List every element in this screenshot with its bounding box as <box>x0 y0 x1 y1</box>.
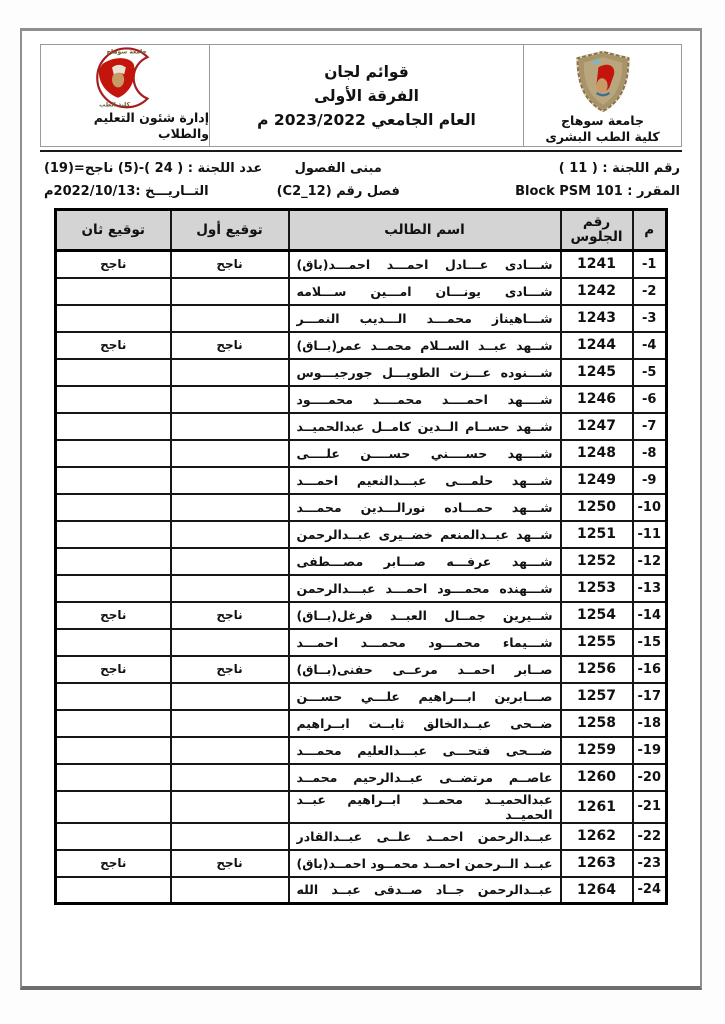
cell-name: شــــهد احمــــد محمــــد محمــــود <box>289 386 561 413</box>
document-title: قوائم لجان <box>324 60 409 84</box>
table-row: -61246شــــهد احمــــد محمــــد محمــــو… <box>56 386 667 413</box>
cell-sig1: ناجح <box>171 332 289 359</box>
cell-sig2 <box>56 278 171 305</box>
cell-no: -6 <box>633 386 667 413</box>
room-number: فصل رقم (C2_12) <box>262 180 414 203</box>
cell-seat: 1244 <box>561 332 633 359</box>
cell-sig1 <box>171 278 289 305</box>
cell-no: -21 <box>633 791 667 823</box>
administration-header-cell: جامعة سوهاج كلية الطب إدارة شئون التعليم… <box>41 45 209 146</box>
university-header-cell: جامعة سوهاج كلية الطب البشرى <box>523 45 681 146</box>
cell-seat: 1246 <box>561 386 633 413</box>
cell-sig2 <box>56 494 171 521</box>
cell-seat: 1253 <box>561 575 633 602</box>
cell-no: -9 <box>633 467 667 494</box>
cell-no: -14 <box>633 602 667 629</box>
cell-seat: 1247 <box>561 413 633 440</box>
academic-year-title: العام الجامعي 2023/2022 م <box>257 108 476 132</box>
cell-sig1 <box>171 440 289 467</box>
cell-seat: 1262 <box>561 823 633 850</box>
cell-no: -11 <box>633 521 667 548</box>
cell-sig1 <box>171 764 289 791</box>
cell-sig1 <box>171 359 289 386</box>
header-seat-number: رقم الجلوس <box>561 210 633 251</box>
building-name: مبنى الفصول <box>262 157 414 180</box>
cell-sig1 <box>171 305 289 332</box>
cell-sig1: ناجح <box>171 251 289 278</box>
cell-seat: 1252 <box>561 548 633 575</box>
cell-name: شــــهد حســــني حســــن علــــى <box>289 440 561 467</box>
cell-sig2: ناجح <box>56 332 171 359</box>
cell-name: ضــحى عبــدالخالق ثابــت ابــراهيم <box>289 710 561 737</box>
cell-name: شــهد عبــدالمنعم خضــيرى عبــدالرحمن <box>289 521 561 548</box>
grade-title: الفرقة الأولى <box>314 84 419 108</box>
cell-seat: 1249 <box>561 467 633 494</box>
cell-no: -1 <box>633 251 667 278</box>
university-name: جامعة سوهاج <box>561 113 644 129</box>
crescent-logo: جامعة سوهاج كلية الطب <box>67 45 183 109</box>
cell-seat: 1242 <box>561 278 633 305</box>
cell-seat: 1257 <box>561 683 633 710</box>
cell-sig1: ناجح <box>171 850 289 877</box>
cell-no: -12 <box>633 548 667 575</box>
table-row: -161256صــابر احمــد مرعــى حفنى(بــاق)ن… <box>56 656 667 683</box>
cell-name: ضـــحى فتحـــى عبـــدالعليم محمـــد <box>289 737 561 764</box>
cell-sig1 <box>171 710 289 737</box>
cell-no: -23 <box>633 850 667 877</box>
committee-count: عدد اللجنة : ( 24 )-(5) ناجح=(19) <box>44 157 262 180</box>
cell-seat: 1254 <box>561 602 633 629</box>
table-row: -71247شــهد حســام الــدين كامــل عبدالح… <box>56 413 667 440</box>
cell-seat: 1241 <box>561 251 633 278</box>
header-first-signature: توقيع أول <box>171 210 289 251</box>
cell-sig2 <box>56 413 171 440</box>
cell-sig1 <box>171 575 289 602</box>
cell-sig1 <box>171 877 289 904</box>
cell-sig1 <box>171 791 289 823</box>
cell-sig1: ناجح <box>171 602 289 629</box>
cell-sig1 <box>171 737 289 764</box>
faculty-name: كلية الطب البشرى <box>545 129 659 145</box>
cell-sig2 <box>56 359 171 386</box>
cell-no: -3 <box>633 305 667 332</box>
table-row: -51245شـــنوده عـــزت الطويـــل جورجيـــ… <box>56 359 667 386</box>
cell-seat: 1250 <box>561 494 633 521</box>
table-row: -241264عبــدالرحمن جــاد صــدقى عبــد ال… <box>56 877 667 904</box>
cell-seat: 1258 <box>561 710 633 737</box>
table-row: -151255شـــيماء محمـــود محمـــد احمـــد <box>56 629 667 656</box>
cell-seat: 1264 <box>561 877 633 904</box>
cell-no: -16 <box>633 656 667 683</box>
cell-no: -8 <box>633 440 667 467</box>
exam-date: التــاريـــخ :2022/10/13م <box>44 180 262 203</box>
cell-name: شـــادى عـــادل احمـــد احمـــد(باق) <box>289 251 561 278</box>
cell-seat: 1259 <box>561 737 633 764</box>
table-row: -81248شــــهد حســــني حســــن علــــى <box>56 440 667 467</box>
cell-sig2: ناجح <box>56 251 171 278</box>
cell-no: -10 <box>633 494 667 521</box>
cell-no: -2 <box>633 278 667 305</box>
table-row: -231263عبــد الــرحمن احمــد محمــود احم… <box>56 850 667 877</box>
table-row: -141254شــيرين جمــال العبــد فرغل(بــاق… <box>56 602 667 629</box>
cell-sig2: ناجح <box>56 850 171 877</box>
table-row: -91249شـــهد حلمـــى عبـــدالنعيم احمـــ… <box>56 467 667 494</box>
cell-sig2 <box>56 575 171 602</box>
cell-sig1 <box>171 683 289 710</box>
cell-sig1 <box>171 467 289 494</box>
table-row: -41244شــهد عبــد الســلام محمــد عمر(بـ… <box>56 332 667 359</box>
cell-sig2 <box>56 629 171 656</box>
cell-name: شـــهد حمـــاده نورالـــدين محمـــد <box>289 494 561 521</box>
cell-name: شــهد عبــد الســلام محمــد عمر(بــاق) <box>289 332 561 359</box>
student-roster-table: م رقم الجلوس اسم الطالب توقيع أول توقيع … <box>54 208 668 905</box>
cell-sig2 <box>56 764 171 791</box>
cell-sig2 <box>56 521 171 548</box>
administration-caption: إدارة شئون التعليم والطلاب <box>41 110 209 142</box>
committee-number: رقم اللجنة : ( 11 ) <box>414 157 680 180</box>
cell-no: -17 <box>633 683 667 710</box>
cell-sig1 <box>171 386 289 413</box>
cell-sig1 <box>171 494 289 521</box>
committee-info-strip: رقم اللجنة : ( 11 ) المقرر : Block PSM 1… <box>40 157 682 203</box>
course-code: المقرر : Block PSM 101 <box>414 180 680 203</box>
cell-sig2: ناجح <box>56 656 171 683</box>
roster-body: -11241شـــادى عـــادل احمـــد احمـــد(با… <box>56 251 667 904</box>
cell-name: شـــيماء محمـــود محمـــد احمـــد <box>289 629 561 656</box>
cell-sig1 <box>171 823 289 850</box>
cell-sig1: ناجح <box>171 656 289 683</box>
header-student-name: اسم الطالب <box>289 210 561 251</box>
committee-info-center: مبنى الفصول فصل رقم (C2_12) <box>262 157 414 203</box>
cell-seat: 1263 <box>561 850 633 877</box>
cell-sig2 <box>56 791 171 823</box>
cell-name: شــهد حســام الــدين كامــل عبدالحميــد <box>289 413 561 440</box>
table-row: -201260عاصــم مرتضــى عبــدالرحيم محمــد <box>56 764 667 791</box>
header-second-signature: توقيع ثان <box>56 210 171 251</box>
cell-no: -20 <box>633 764 667 791</box>
cell-no: -18 <box>633 710 667 737</box>
cell-name: صــابر احمــد مرعــى حفنى(بــاق) <box>289 656 561 683</box>
cell-name: شـــنوده عـــزت الطويـــل جورجيـــوس <box>289 359 561 386</box>
cell-sig2: ناجح <box>56 602 171 629</box>
table-row: -31243شـــاهيناز محمـــد الـــديب النمــ… <box>56 305 667 332</box>
cell-name: عبــدالرحمن احمــد علــى عبــدالقادر <box>289 823 561 850</box>
table-row: -11241شـــادى عـــادل احمـــد احمـــد(با… <box>56 251 667 278</box>
committee-info-right: رقم اللجنة : ( 11 ) المقرر : Block PSM 1… <box>414 157 682 203</box>
cell-sig2 <box>56 386 171 413</box>
cell-name: شـــهد عرفـــه صـــابر مصـــطفى <box>289 548 561 575</box>
cell-name: شـــهد حلمـــى عبـــدالنعيم احمـــد <box>289 467 561 494</box>
cell-name: عبــد الــرحمن احمــد محمــود احمــد(باق… <box>289 850 561 877</box>
cell-sig2 <box>56 467 171 494</box>
cell-sig2 <box>56 823 171 850</box>
table-row: -181258ضــحى عبــدالخالق ثابــت ابــراهي… <box>56 710 667 737</box>
cell-seat: 1256 <box>561 656 633 683</box>
cell-sig1 <box>171 413 289 440</box>
header-separator-rule <box>40 150 682 152</box>
cell-sig2 <box>56 877 171 904</box>
table-row: -111251شــهد عبــدالمنعم خضــيرى عبــدال… <box>56 521 667 548</box>
cell-name: عاصــم مرتضــى عبــدالرحيم محمــد <box>289 764 561 791</box>
cell-sig2 <box>56 683 171 710</box>
cell-seat: 1260 <box>561 764 633 791</box>
cell-sig1 <box>171 548 289 575</box>
cell-no: -15 <box>633 629 667 656</box>
cell-name: شـــادى يونـــان امـــين ســـلامه <box>289 278 561 305</box>
cell-no: -19 <box>633 737 667 764</box>
crescent-top-text: جامعة سوهاج <box>107 49 147 56</box>
table-row: -101250شـــهد حمـــاده نورالـــدين محمــ… <box>56 494 667 521</box>
cell-seat: 1245 <box>561 359 633 386</box>
cell-name: صـــابرين ابـــراهيم علـــي حســـن <box>289 683 561 710</box>
cell-name: شــيرين جمــال العبــد فرغل(بــاق) <box>289 602 561 629</box>
title-header-cell: قوائم لجان الفرقة الأولى العام الجامعي 2… <box>209 45 523 146</box>
university-shield-logo <box>570 49 636 113</box>
cell-sig1 <box>171 629 289 656</box>
table-row: -211261عبدالحميــد محمــد ابــراهيم عبــ… <box>56 791 667 823</box>
cell-seat: 1255 <box>561 629 633 656</box>
cell-sig1 <box>171 521 289 548</box>
table-row: -171257صـــابرين ابـــراهيم علـــي حســـ… <box>56 683 667 710</box>
cell-no: -13 <box>633 575 667 602</box>
cell-sig2 <box>56 440 171 467</box>
cell-seat: 1251 <box>561 521 633 548</box>
cell-seat: 1243 <box>561 305 633 332</box>
cell-no: -22 <box>633 823 667 850</box>
cell-name: عبدالحميــد محمــد ابــراهيم عبــد الحمي… <box>289 791 561 823</box>
cell-name: عبــدالرحمن جــاد صــدقى عبــد الله <box>289 877 561 904</box>
cell-sig2 <box>56 305 171 332</box>
header-index: م <box>633 210 667 251</box>
cell-no: -7 <box>633 413 667 440</box>
cell-no: -24 <box>633 877 667 904</box>
cell-name: شـــهنده محمـــود احمـــد عبـــدالرحمن <box>289 575 561 602</box>
table-row: -121252شـــهد عرفـــه صـــابر مصـــطفى <box>56 548 667 575</box>
table-row: -131253شـــهنده محمـــود احمـــد عبـــدا… <box>56 575 667 602</box>
document-header: جامعة سوهاج كلية الطب البشرى قوائم لجان … <box>40 44 682 147</box>
document-page: جامعة سوهاج كلية الطب البشرى قوائم لجان … <box>20 28 702 990</box>
table-row: -191259ضـــحى فتحـــى عبـــدالعليم محمــ… <box>56 737 667 764</box>
cell-no: -4 <box>633 332 667 359</box>
scanned-document: { "colors":{"accent_red":"#c3150c","shie… <box>0 0 725 1024</box>
roster-header-row: م رقم الجلوس اسم الطالب توقيع أول توقيع … <box>56 210 667 251</box>
cell-seat: 1248 <box>561 440 633 467</box>
crescent-bottom-text: كلية الطب <box>99 101 130 108</box>
cell-sig2 <box>56 737 171 764</box>
cell-sig2 <box>56 548 171 575</box>
table-row: -221262عبــدالرحمن احمــد علــى عبــدالق… <box>56 823 667 850</box>
cell-sig2 <box>56 710 171 737</box>
cell-seat: 1261 <box>561 791 633 823</box>
cell-no: -5 <box>633 359 667 386</box>
cell-name: شـــاهيناز محمـــد الـــديب النمـــر <box>289 305 561 332</box>
committee-info-left: عدد اللجنة : ( 24 )-(5) ناجح=(19) التــا… <box>40 157 262 203</box>
table-row: -21242شـــادى يونـــان امـــين ســـلامه <box>56 278 667 305</box>
